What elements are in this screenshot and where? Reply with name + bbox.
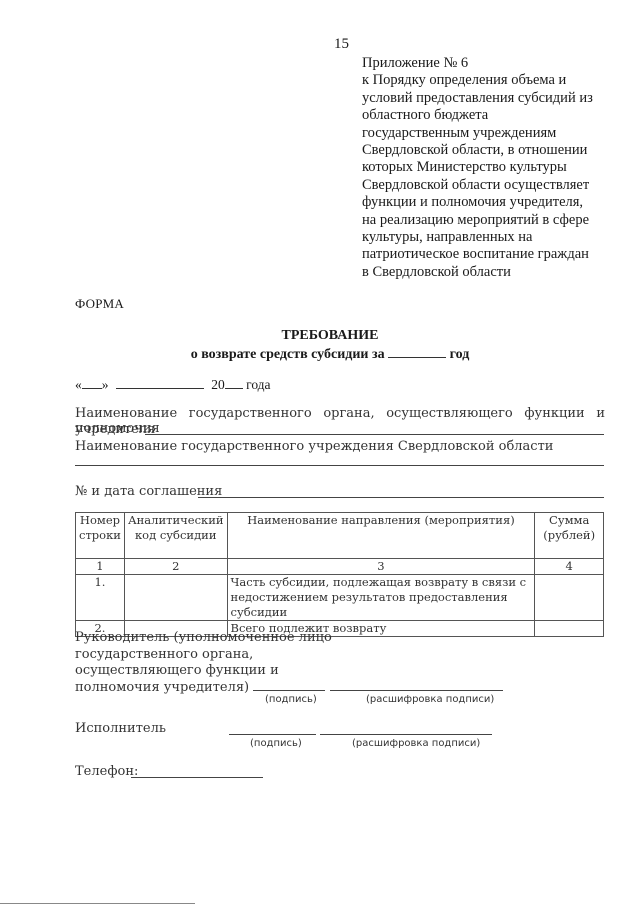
founder-blank-field[interactable] — [145, 434, 604, 435]
head-label-line: осуществляющего функции и — [75, 663, 332, 680]
appendix-line: культуры, направленных на — [362, 229, 593, 246]
column-number: 4 — [535, 559, 604, 575]
form-label: ФОРМА — [75, 296, 124, 312]
executor-signature-caption: (подпись) — [250, 738, 302, 749]
title-suffix: год — [450, 347, 470, 362]
year-blank-field[interactable] — [388, 345, 446, 358]
table-header-row: Номер строки Аналитический код субсидии … — [76, 513, 604, 559]
sum-cell[interactable] — [535, 621, 604, 637]
head-signature-caption: (подпись) — [265, 694, 317, 705]
column-number: 1 — [76, 559, 125, 575]
appendix-line: на реализацию мероприятий в сфере — [362, 212, 593, 229]
open-quote: « — [75, 377, 82, 392]
phone-field[interactable] — [131, 777, 263, 778]
phone-label: Телефон: — [75, 764, 138, 779]
column-number-row: 1 2 3 4 — [76, 559, 604, 575]
appendix-line: функции и полномочия учредителя, — [362, 194, 593, 211]
header-direction-name: Наименование направления (мероприятия) — [227, 513, 535, 559]
column-number: 2 — [124, 559, 227, 575]
appendix-line: к Порядку определения объема и — [362, 72, 593, 89]
agreement-blank-field[interactable] — [198, 497, 604, 498]
year-prefix: 20 — [211, 377, 225, 392]
institution-blank-field[interactable] — [75, 465, 604, 466]
head-signature-decoding-field[interactable] — [330, 690, 503, 691]
executor-label: Исполнитель — [75, 721, 166, 736]
head-decoding-caption: (расшифровка подписи) — [366, 694, 494, 705]
executor-signature-decoding-field[interactable] — [320, 734, 492, 735]
day-blank-field[interactable] — [82, 376, 102, 389]
header-sum: Сумма (рублей) — [535, 513, 604, 559]
institution-label: Наименование государственного учреждения… — [75, 439, 553, 454]
row-number: 1. — [76, 575, 125, 621]
title-line-1: ТРЕБОВАНИЕ — [0, 327, 640, 345]
appendix-line: Свердловской области осуществляет — [362, 177, 593, 194]
title-prefix: о возврате средств субсидии за — [191, 347, 385, 362]
close-quote: » — [102, 377, 109, 392]
date-line: «» 20 года — [75, 376, 271, 393]
analytic-code-cell[interactable] — [124, 575, 227, 621]
appendix-line: которых Министерство культуры — [362, 159, 593, 176]
appendix-line: областного бюджета — [362, 107, 593, 124]
year-suffix: года — [246, 377, 270, 392]
column-number: 3 — [227, 559, 535, 575]
head-label-line: Руководитель (уполномоченное лицо — [75, 630, 332, 647]
table-row: 1. Часть субсидии, подлежащая возврату в… — [76, 575, 604, 621]
footer-divider — [0, 903, 195, 904]
executor-decoding-caption: (расшифровка подписи) — [352, 738, 480, 749]
document-title: ТРЕБОВАНИЕ о возврате средств субсидии з… — [0, 327, 640, 364]
year-digits-blank-field[interactable] — [225, 376, 243, 389]
appendix-line: патриотическое воспитание граждан — [362, 246, 593, 263]
appendix-header: Приложение № 6 к Порядку определения объ… — [362, 55, 593, 281]
month-blank-field[interactable] — [116, 376, 204, 389]
header-analytic-code: Аналитический код субсидии — [124, 513, 227, 559]
head-label-line: государственного органа, — [75, 647, 332, 664]
appendix-line: государственным учреждениям — [362, 125, 593, 142]
appendix-line: Свердловской области, в отношении — [362, 142, 593, 159]
title-line-2: о возврате средств субсидии за год — [0, 345, 640, 364]
appendix-line: в Свердловской области — [362, 264, 593, 281]
head-signature-label: Руководитель (уполномоченное лицо госуда… — [75, 630, 332, 696]
direction-name-cell: Часть субсидии, подлежащая возврату в св… — [227, 575, 535, 621]
head-signature-field[interactable] — [253, 690, 325, 691]
sum-cell[interactable] — [535, 575, 604, 621]
refund-table: Номер строки Аналитический код субсидии … — [75, 512, 604, 637]
executor-signature-field[interactable] — [229, 734, 316, 735]
appendix-line: условий предоставления субсидий из — [362, 90, 593, 107]
header-row-number: Номер строки — [76, 513, 125, 559]
founder-label-line-2: учредителя — [75, 422, 155, 437]
page-number: 15 — [334, 36, 349, 53]
appendix-line: Приложение № 6 — [362, 55, 593, 72]
